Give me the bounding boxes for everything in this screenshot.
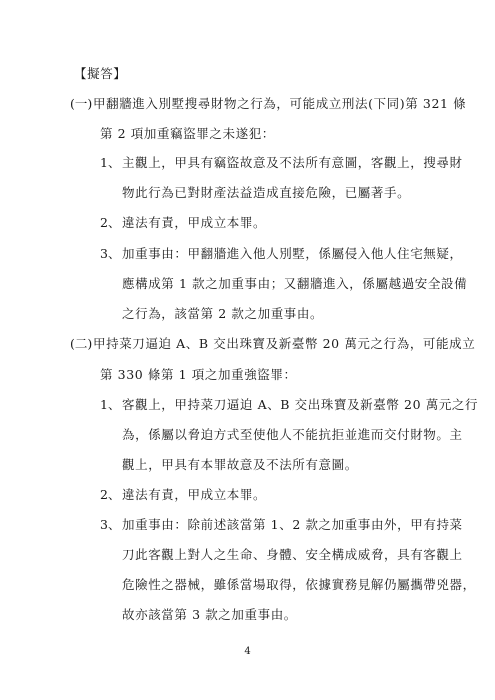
item-number: 2、 xyxy=(100,487,120,503)
page-number: 4 xyxy=(0,646,495,657)
section-2-label: (二) xyxy=(70,336,92,352)
item-number: 3、 xyxy=(100,517,120,533)
item-number: 1、 xyxy=(100,155,120,171)
item-number: 1、 xyxy=(100,397,120,413)
answer-heading: 【擬答】 xyxy=(74,66,126,82)
section-1-line: 甲翻牆進入別墅搜尋財物之行為，可能成立刑法(下同)第 321 條 xyxy=(93,96,466,112)
item-line: 之行為，該當第 2 款之加重事由。 xyxy=(122,306,323,322)
item-line: 故亦該當第 3 款之加重事由。 xyxy=(122,607,297,623)
section-1-label: (一) xyxy=(70,96,92,112)
item-line: 觀上，甲具有本罪故意及不法所有意圖。 xyxy=(122,457,358,473)
item-line: 刀此客觀上對人之生命、身體、安全構成威脅，具有客觀上 xyxy=(122,547,463,563)
item-line: 違法有責，甲成立本罪。 xyxy=(122,487,266,503)
item-line: 物此行為已對財產法益造成直接危險，已屬著手。 xyxy=(122,185,410,201)
item-line: 加重事由：甲翻牆進入他人別墅，係屬侵入他人住宅無疑， xyxy=(122,246,463,262)
item-line: 為，係屬以脅迫方式至使他人不能抗拒並進而交付財物。主 xyxy=(122,427,463,443)
section-1-line: 第 2 項加重竊盜罪之未遂犯： xyxy=(100,126,275,142)
item-line: 主觀上，甲具有竊盜故意及不法所有意圖，客觀上，搜尋財 xyxy=(122,155,463,171)
item-number: 3、 xyxy=(100,246,120,262)
section-2-line: 第 330 條第 1 項之加重強盜罪： xyxy=(100,367,297,383)
section-2-line: 甲持菜刀逼迫 A、B 交出珠寶及新臺幣 20 萬元之行為，可能成立 xyxy=(93,336,475,352)
item-line: 危險性之器械，雖係當場取得，依據實務見解仍屬攜帶兇器， xyxy=(122,577,476,593)
item-line: 違法有責，甲成立本罪。 xyxy=(122,215,266,231)
item-number: 2、 xyxy=(100,215,120,231)
item-line: 加重事由：除前述該當第 1、2 款之加重事由外，甲有持菜 xyxy=(122,517,463,533)
item-line: 客觀上，甲持菜刀逼迫 A、B 交出珠寶及新臺幣 20 萬元之行 xyxy=(122,397,478,413)
item-line: 應構成第 1 款之加重事由；又翻牆進入，係屬越過安全設備 xyxy=(122,276,467,292)
